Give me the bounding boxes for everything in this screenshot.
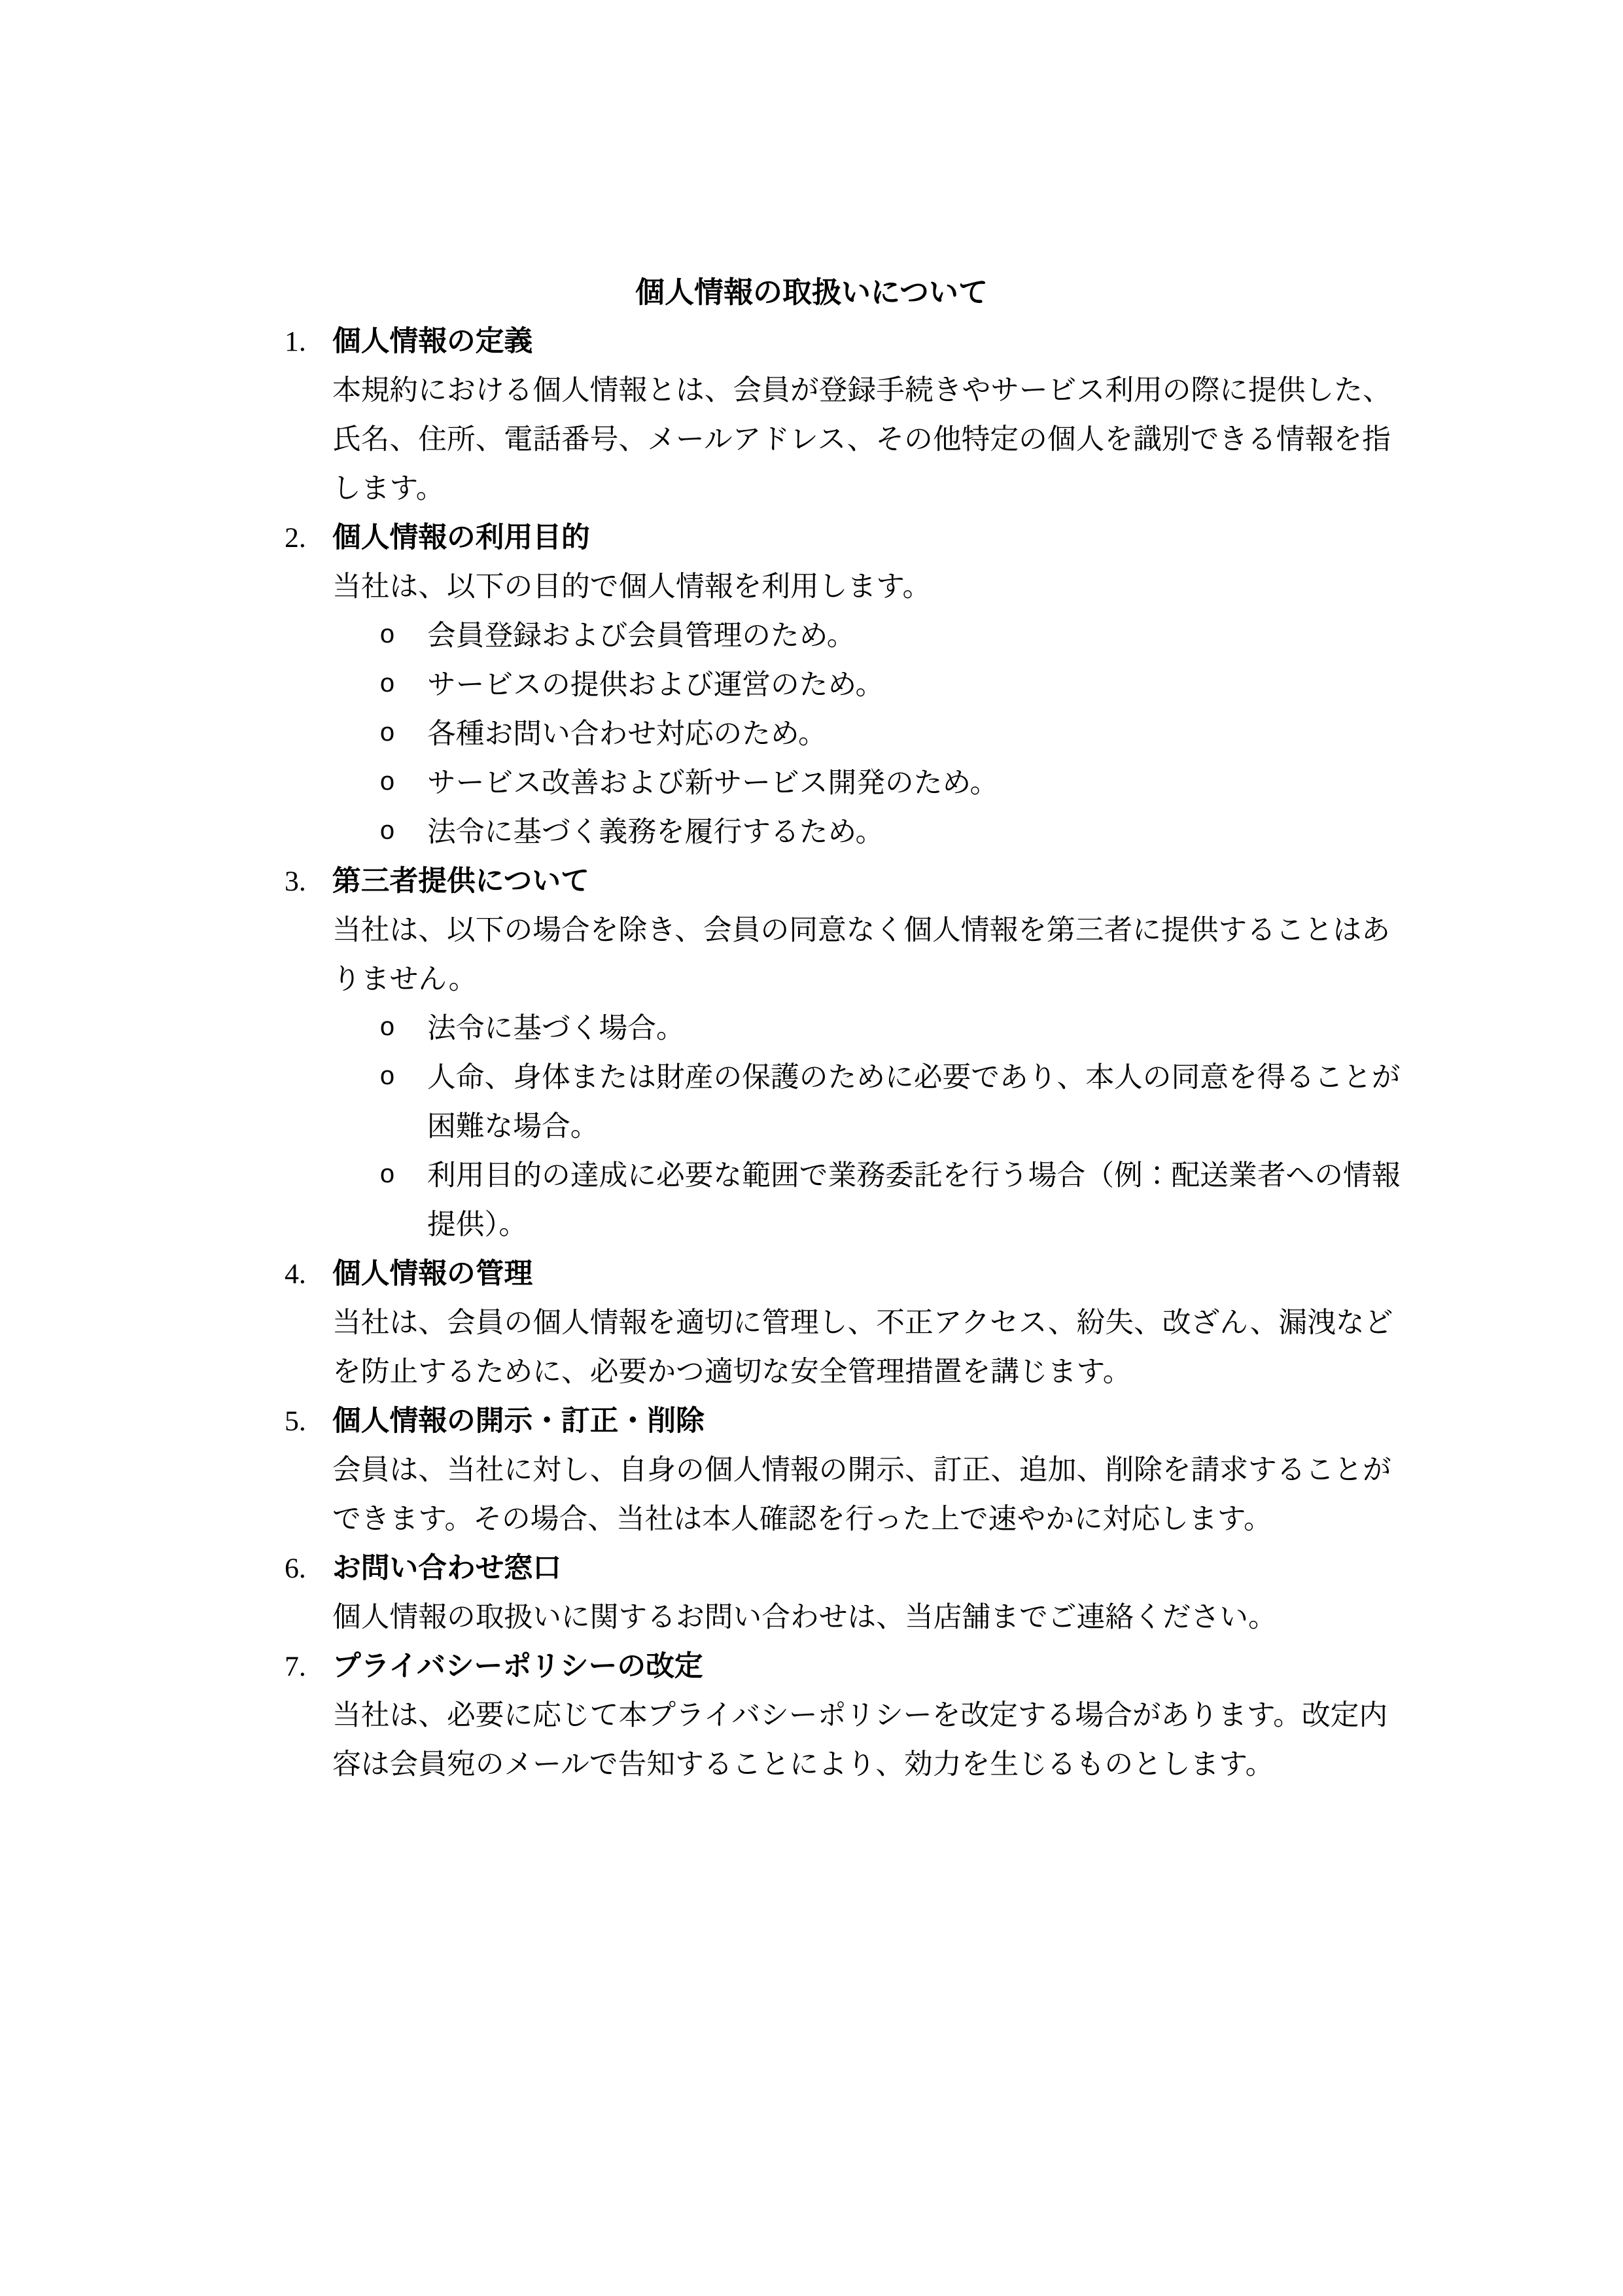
section-paragraph: 会員は、当社に対し、自身の個人情報の開示、訂正、追加、削除を請求することができま… (0, 1446, 1623, 1544)
section-heading: 個人情報の管理 (0, 1250, 1623, 1299)
section-number: 7. (285, 1642, 306, 1691)
numbered-section: 3.第三者提供について当社は、以下の場合を除き、会員の同意なく個人情報を第三者に… (0, 857, 1623, 1250)
section-number: 4. (285, 1250, 306, 1299)
section-paragraph: 本規約における個人情報とは、会員が登録手続きやサービス利用の際に提供した、氏名、… (0, 366, 1623, 514)
bullet-item: o各種お問い合わせ対応のため。 (0, 710, 1623, 759)
bullet-text: 各種お問い合わせ対応のため。 (427, 718, 827, 750)
section-number: 6. (285, 1544, 306, 1593)
numbered-section: 1.個人情報の定義本規約における個人情報とは、会員が登録手続きやサービス利用の際… (0, 317, 1623, 514)
bullet-marker: o (379, 1053, 395, 1103)
numbered-section: 2.個人情報の利用目的当社は、以下の目的で個人情報を利用します。o会員登録および… (0, 514, 1623, 857)
bullet-item: o法令に基づく義務を履行するため。 (0, 808, 1623, 857)
bullet-marker: o (379, 759, 395, 808)
section-heading: プライバシーポリシーの改定 (0, 1642, 1623, 1691)
section-paragraph: 当社は、会員の個人情報を適切に管理し、不正アクセス、紛失、改ざん、漏洩などを防止… (0, 1299, 1623, 1397)
document-title: 個人情報の取扱いについて (0, 268, 1623, 317)
bullet-item: o会員登録および会員管理のため。 (0, 612, 1623, 661)
bullet-item: o人命、身体または財産の保護のために必要であり、本人の同意を得ることが困難な場合… (0, 1053, 1623, 1152)
section-paragraph: 当社は、以下の目的で個人情報を利用します。 (0, 563, 1623, 612)
bullet-text: 利用目的の達成に必要な範囲で業務委託を行う場合（例：配送業者への情報提供）。 (427, 1160, 1401, 1241)
bullet-marker: o (379, 612, 395, 661)
numbered-section: 6.お問い合わせ窓口個人情報の取扱いに関するお問い合わせは、当店舗までご連絡くだ… (0, 1544, 1623, 1642)
section-number: 3. (285, 857, 306, 906)
section-heading: 個人情報の利用目的 (0, 514, 1623, 563)
section-heading: お問い合わせ窓口 (0, 1544, 1623, 1593)
bullet-text: サービスの提供および運営のため。 (427, 669, 884, 701)
bullet-marker: o (379, 1004, 395, 1053)
bullet-text: 法令に基づく義務を履行するため。 (427, 817, 884, 848)
bullet-item: oサービス改善および新サービス開発のため。 (0, 759, 1623, 808)
bullet-text: 法令に基づく場合。 (427, 1013, 685, 1044)
bullet-marker: o (379, 1152, 395, 1201)
bullet-marker: o (379, 808, 395, 857)
bullet-item: o法令に基づく場合。 (0, 1004, 1623, 1053)
numbered-section: 5.個人情報の開示・訂正・削除会員は、当社に対し、自身の個人情報の開示、訂正、追… (0, 1397, 1623, 1544)
section-number: 1. (285, 317, 306, 366)
numbered-section: 7.プライバシーポリシーの改定当社は、必要に応じて本プライバシーポリシーを改定す… (0, 1642, 1623, 1790)
section-paragraph: 個人情報の取扱いに関するお問い合わせは、当店舗までご連絡ください。 (0, 1593, 1623, 1642)
section-heading: 個人情報の定義 (0, 317, 1623, 366)
privacy-policy-document: 個人情報の取扱いについて 1.個人情報の定義本規約における個人情報とは、会員が登… (0, 0, 1623, 1790)
section-heading: 個人情報の開示・訂正・削除 (0, 1397, 1623, 1446)
section-paragraph: 当社は、必要に応じて本プライバシーポリシーを改定する場合があります。改定内容は会… (0, 1691, 1623, 1790)
bullet-item: o利用目的の達成に必要な範囲で業務委託を行う場合（例：配送業者への情報提供）。 (0, 1152, 1623, 1250)
bullet-text: 人命、身体または財産の保護のために必要であり、本人の同意を得ることが困難な場合。 (427, 1062, 1401, 1142)
section-paragraph: 当社は、以下の場合を除き、会員の同意なく個人情報を第三者に提供することはありませ… (0, 906, 1623, 1004)
bullet-item: oサービスの提供および運営のため。 (0, 661, 1623, 710)
document-page: 個人情報の取扱いについて 1.個人情報の定義本規約における個人情報とは、会員が登… (0, 0, 1623, 2296)
section-heading: 第三者提供について (0, 857, 1623, 906)
bullet-text: 会員登録および会員管理のため。 (427, 620, 856, 652)
bullet-marker: o (379, 661, 395, 710)
section-number: 5. (285, 1397, 306, 1446)
section-number: 2. (285, 514, 306, 563)
numbered-section: 4.個人情報の管理当社は、会員の個人情報を適切に管理し、不正アクセス、紛失、改ざ… (0, 1250, 1623, 1397)
bullet-marker: o (379, 710, 395, 759)
bullet-text: サービス改善および新サービス開発のため。 (427, 768, 998, 799)
section-list: 1.個人情報の定義本規約における個人情報とは、会員が登録手続きやサービス利用の際… (0, 317, 1623, 1790)
